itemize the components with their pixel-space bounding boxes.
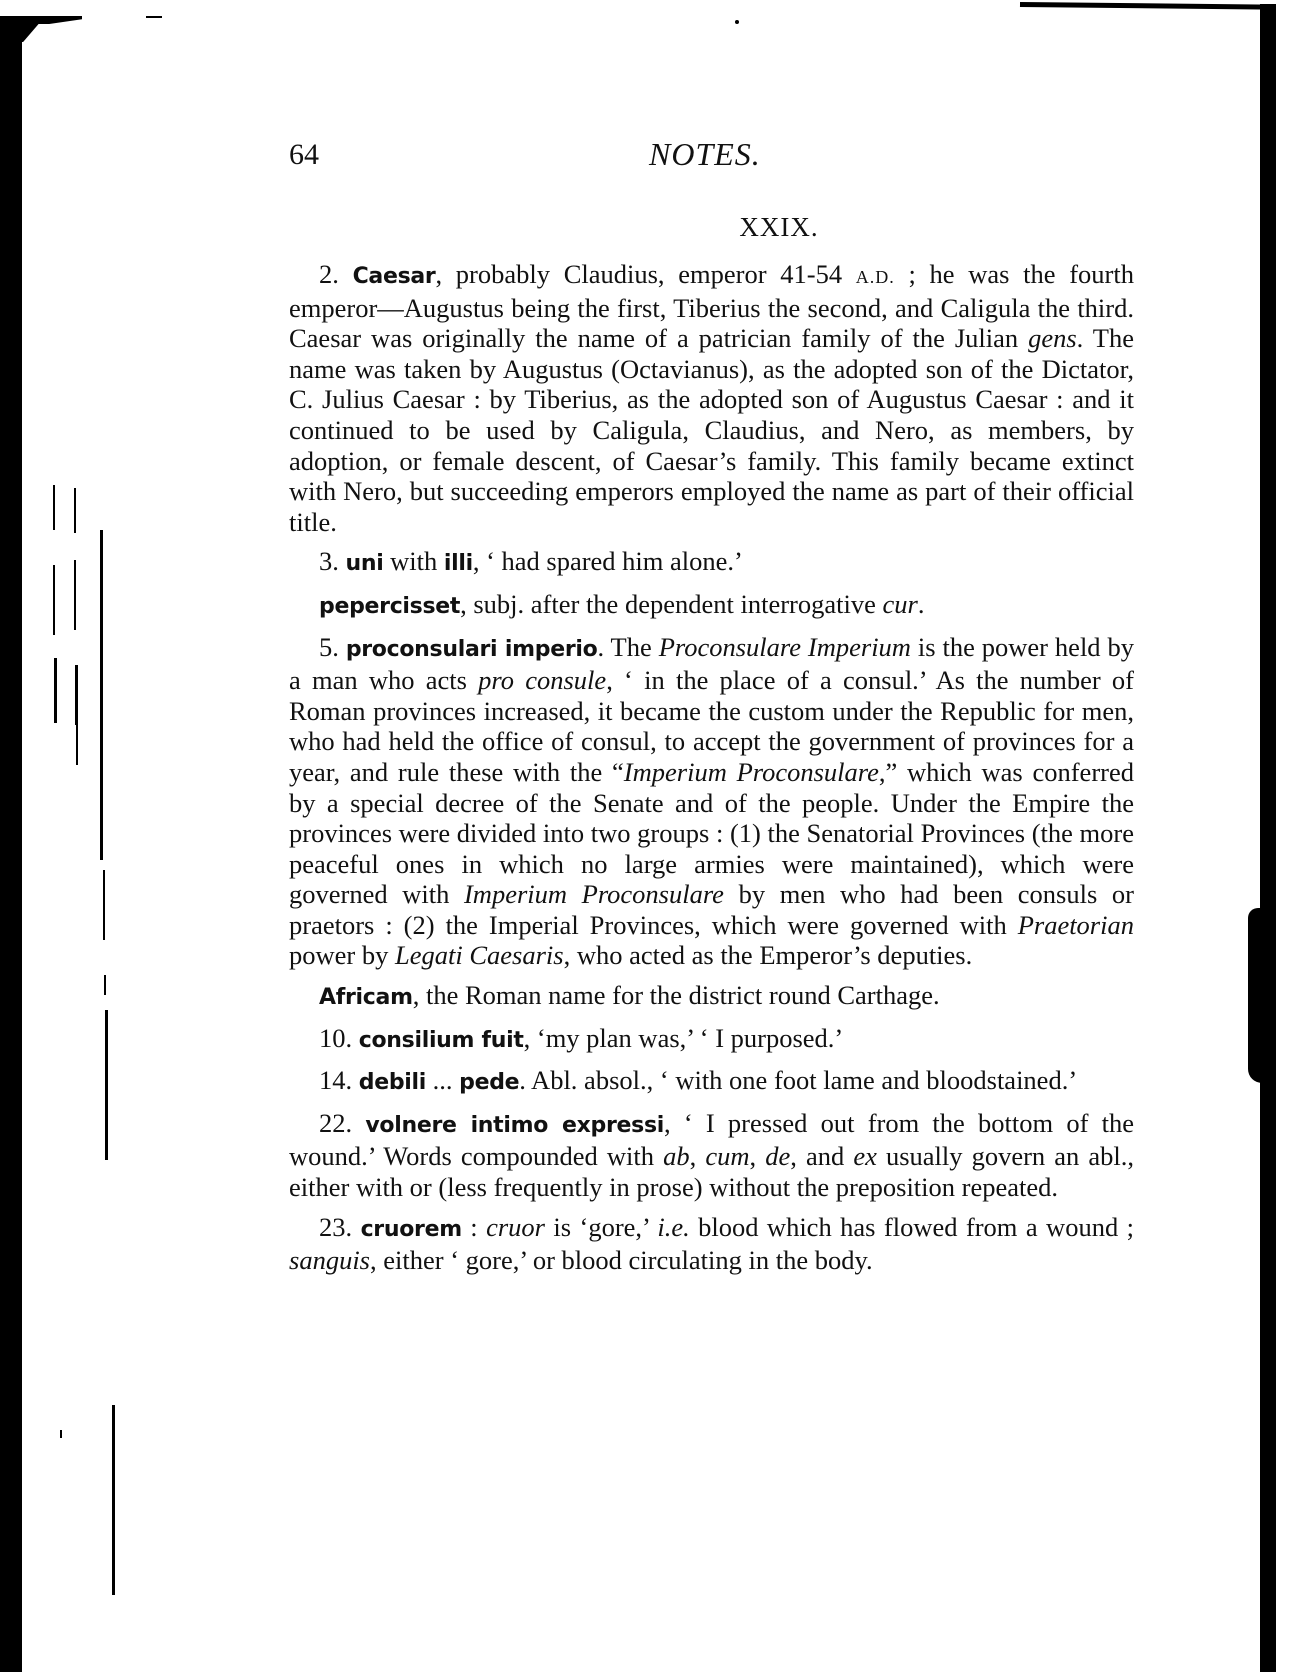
notes-body: 2. Caesar, probably Claudius, emperor 41… [289,259,1134,1276]
lemma: Africam [319,985,413,1010]
note-text: . The name was taken by Augustus (Octavi… [289,323,1134,537]
note-text: . The [597,632,658,662]
italic-term: ex [853,1141,877,1171]
note-paragraph: 5. proconsulari imperio. The Proconsular… [289,632,1134,972]
lemma: pepercisset [319,594,460,619]
italic-term: pro consule [478,665,606,695]
note-line-ref: 3. [319,546,346,576]
bleed-through-mark [103,870,105,940]
lemma: uni [346,551,384,576]
note-paragraph: 14. debili ... pede. Abl. absol., ‘ with… [289,1065,1134,1099]
note-text: , probably Claudius, emperor 41-54 [435,259,855,289]
italic-term: i.e. [657,1212,689,1242]
note-line-ref: 14. [319,1065,359,1095]
lemma: cruorem [361,1217,462,1242]
italic-term: de [765,1141,790,1171]
note-line-ref: 5. [319,632,346,662]
lemma: debili [359,1070,426,1095]
note-text: , [749,1141,765,1171]
note-text: . Abl. absol., ‘ with one foot lame and … [519,1065,1077,1095]
note-text: , subj. after the dependent interrogativ… [460,589,882,619]
bleed-through-mark [100,530,103,860]
italic-term: sanguis [289,1245,370,1275]
lemma: Caesar [353,264,436,289]
section-title: XXIX. [424,212,1134,243]
bleed-through-mark [74,560,76,630]
scan-edge-left-corner-shadow [0,20,42,42]
note-paragraph: Africam, the Roman name for the district… [289,980,1134,1014]
bleed-through-mark [104,975,106,995]
lemma: consilium fuit [359,1028,524,1053]
italic-term: cum [705,1141,749,1171]
italic-term: cur [882,589,917,619]
scan-mark-dot [735,20,739,24]
note-paragraph: 10. consilium fuit, ‘my plan was,’ ‘ I p… [289,1023,1134,1057]
running-head: NOTES. [649,136,761,173]
note-paragraph: 22. volnere intimo expressi, ‘ I pressed… [289,1108,1134,1203]
note-text: , [690,1141,706,1171]
note-text: , and [790,1141,853,1171]
note-text: , ‘my plan was,’ ‘ I purposed.’ [524,1023,844,1053]
note-line-ref: 23. [319,1212,361,1242]
note-line-ref: 2. [319,259,353,289]
lemma: proconsulari imperio [346,637,598,662]
note-text: with [383,546,443,576]
note-text: , the Roman name for the district round … [413,980,940,1010]
note-text: : [462,1212,486,1242]
note-text: is ‘gore,’ [545,1212,657,1242]
lemma: volnere intimo expressi [365,1113,664,1138]
bleed-through-mark [76,720,78,765]
note-text: power by [289,940,395,970]
scan-edge-top-right [1020,2,1270,10]
bleed-through-mark [53,565,55,635]
small-caps: A.D. [856,267,895,287]
bleed-through-mark [74,488,76,533]
note-line-ref: 10. [319,1023,359,1053]
italic-term: Imperium Proconsulare [624,757,879,787]
note-paragraph: 3. uni with illi, ‘ had spared him alone… [289,546,1134,580]
bleed-through-mark [105,1010,108,1160]
italic-term: Praetorian [1018,910,1134,940]
note-text: , who acted as the Emperor’s deputies. [564,940,973,970]
italic-term: ab [663,1141,690,1171]
lemma: illi [444,551,473,576]
italic-term: Imperium Proconsulare [464,879,724,909]
italic-term: gens [1028,323,1077,353]
note-line-ref: 22. [319,1108,365,1138]
note-paragraph: pepercisset, subj. after the dependent i… [289,589,1134,623]
bleed-through-mark [54,658,57,723]
page-header: 64 NOTES. [289,130,1134,180]
note-text: . [918,589,925,619]
bleed-through-mark [75,665,78,725]
note-text: ... [426,1065,459,1095]
scan-edge-right [1260,4,1276,1672]
page-number: 64 [289,138,319,172]
note-text: , ‘ had spared him alone.’ [473,546,743,576]
note-paragraph: 23. cruorem : cruor is ‘gore,’ i.e. bloo… [289,1212,1134,1276]
note-text: blood which has flowed from a wound ; [690,1212,1134,1242]
bleed-through-mark [60,1430,62,1438]
book-page: 64 NOTES. XXIX. 2. Caesar, probably Clau… [289,130,1134,1276]
scan-mark-dash [146,16,162,18]
italic-term: cruor [486,1212,545,1242]
note-paragraph: 2. Caesar, probably Claudius, emperor 41… [289,259,1134,537]
note-text: , either ‘ gore,’ or blood circulating i… [370,1245,873,1275]
bleed-through-mark [53,485,55,530]
scan-edge-left [0,18,22,1672]
lemma: pede [459,1070,519,1095]
scan-edge-right-bulge [1248,908,1274,1083]
italic-term: Proconsulare Imperium [659,632,911,662]
bleed-through-mark [112,1405,115,1595]
italic-term: Legati Caesaris [395,940,564,970]
